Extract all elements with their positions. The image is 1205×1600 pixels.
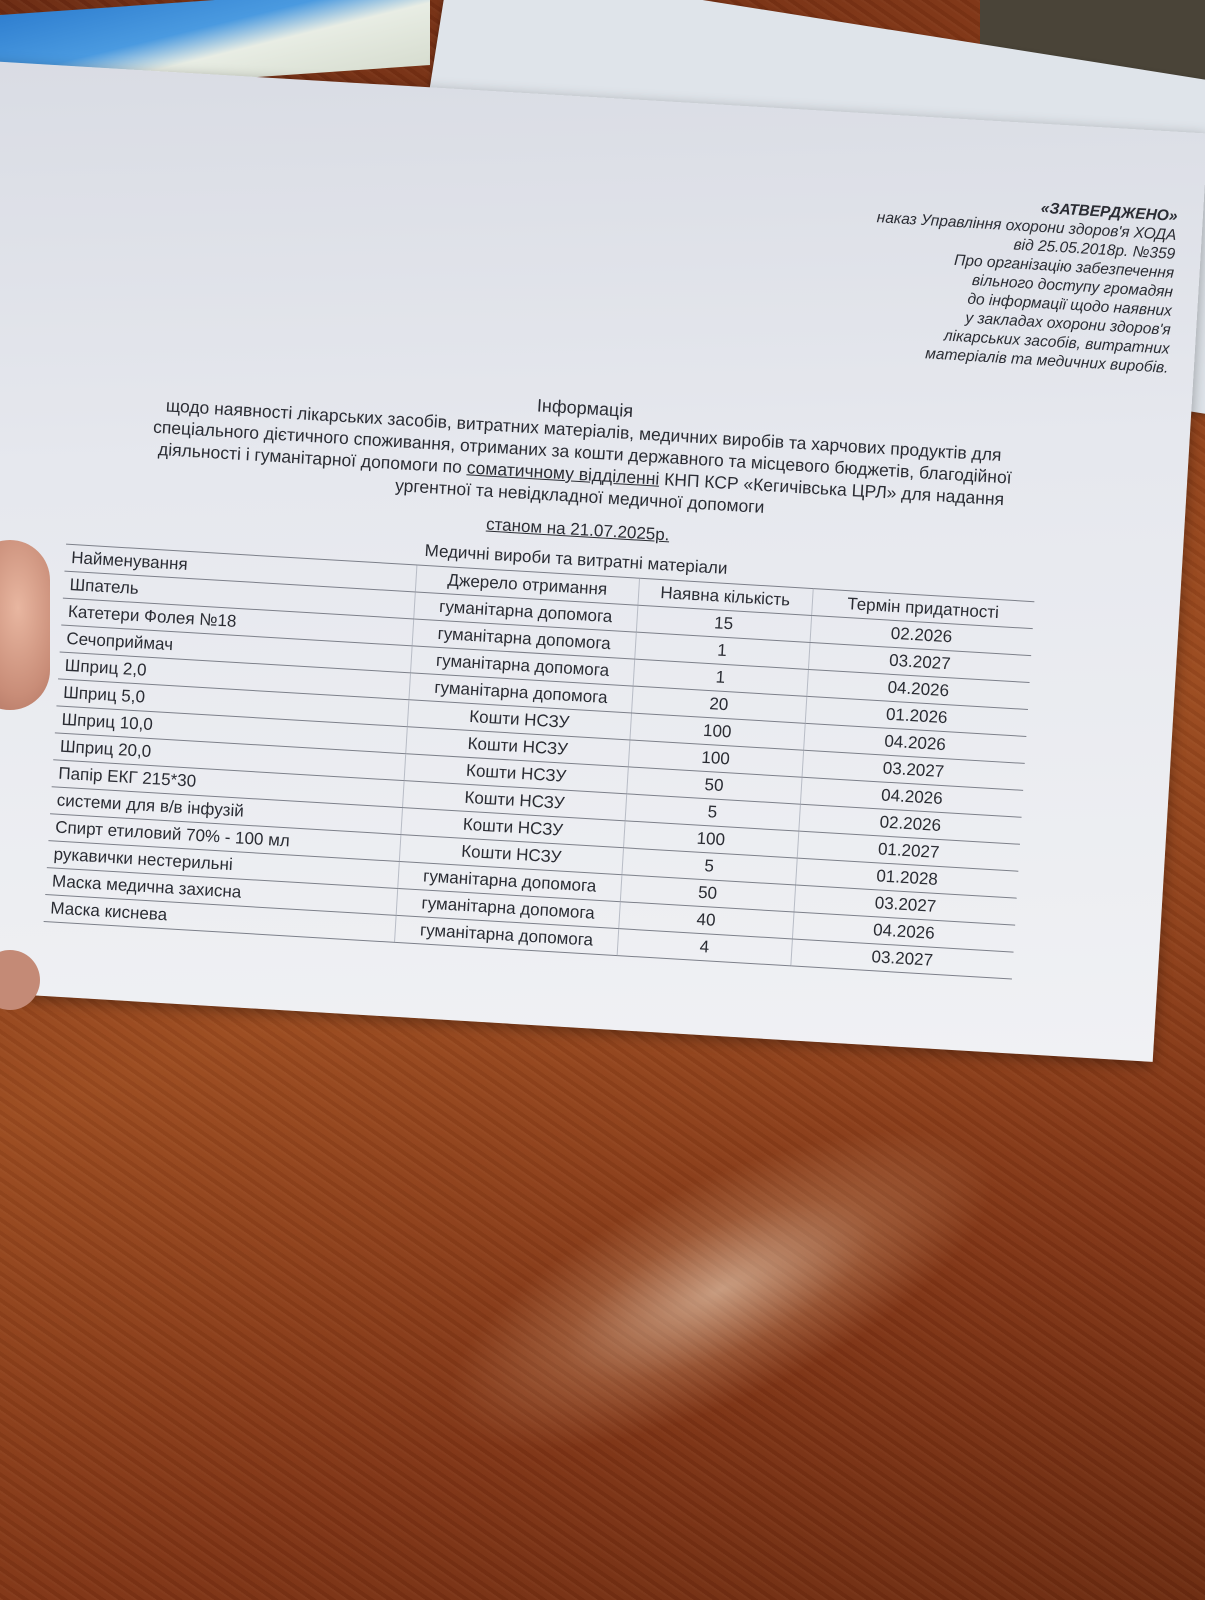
approval-block: «ЗАТВЕРДЖЕНО» наказ Управління охорони з… [789,184,1178,377]
approval-lines: наказ Управління охорони здоров'я ХОДАві… [789,203,1177,377]
items-table: Найменування Джерело отримання Наявна кі… [44,544,1035,980]
light-glare [402,1064,1039,1517]
table-body: Шпательгуманітарна допомога1502.2026Кате… [44,571,1033,979]
hand-finger [0,540,50,710]
